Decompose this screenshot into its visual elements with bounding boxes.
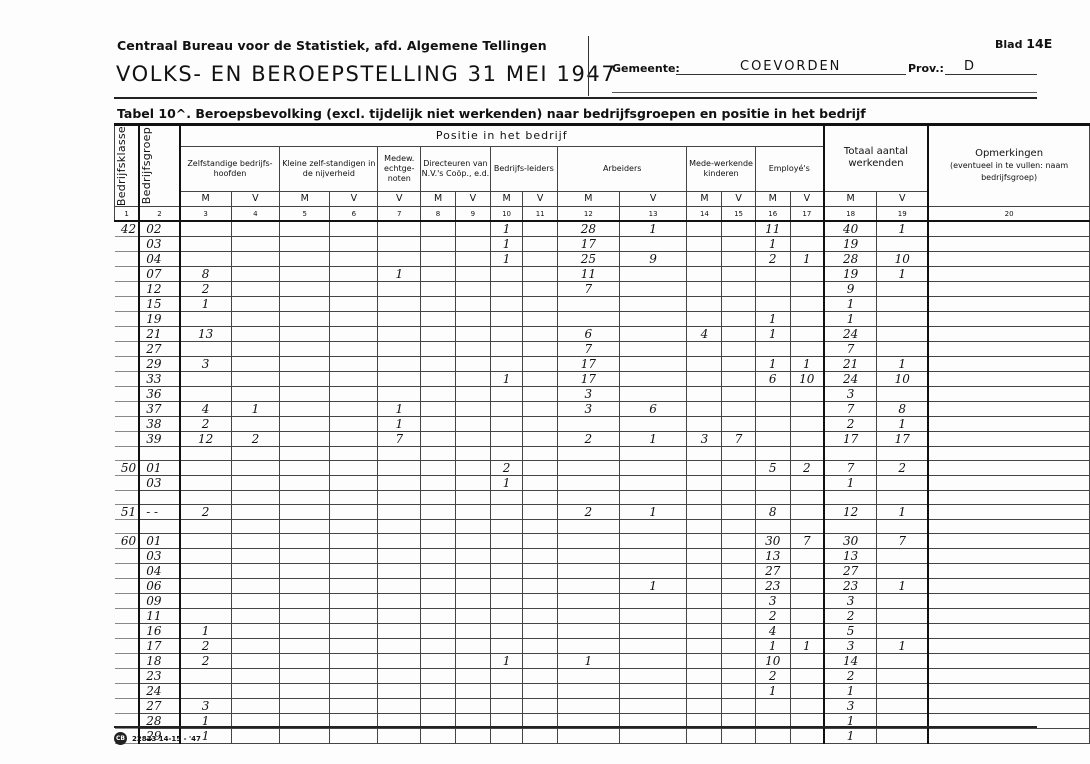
value-cell: 2	[180, 654, 231, 669]
value-cell	[455, 387, 490, 402]
opmerkingen-cell	[928, 564, 1089, 579]
value-cell	[619, 534, 687, 549]
table-row: 2733	[115, 699, 1090, 714]
opmerkingen-cell	[928, 699, 1089, 714]
value-cell	[490, 609, 523, 624]
value-cell: 4	[687, 327, 722, 342]
value-cell	[231, 564, 280, 579]
value-cell	[378, 669, 421, 684]
value-cell	[330, 699, 378, 714]
opmerkingen-cell	[928, 372, 1089, 387]
value-cell	[455, 432, 490, 447]
value-cell	[280, 267, 330, 282]
value-cell	[619, 282, 687, 297]
medewerkende-header: Mede-werkende kinderen	[687, 146, 755, 191]
value-cell	[378, 534, 421, 549]
value-cell	[790, 609, 823, 624]
value-cell	[523, 520, 557, 534]
value-cell	[280, 505, 330, 520]
value-cell	[330, 417, 378, 432]
value-cell	[330, 402, 378, 417]
value-cell: 10	[755, 654, 790, 669]
value-cell	[330, 729, 378, 744]
value-cell: 2	[755, 252, 790, 267]
opmerkingen-cell	[928, 476, 1089, 491]
value-cell	[455, 505, 490, 520]
value-cell	[455, 312, 490, 327]
value-cell	[330, 357, 378, 372]
table-row: 1511	[115, 297, 1090, 312]
bedrijfsklasse-cell	[115, 609, 140, 624]
header-row-1: Bedrijfsklasse Bedrijfsgroep Positie in …	[115, 125, 1090, 147]
value-cell: 1	[755, 639, 790, 654]
value-cell	[231, 684, 280, 699]
value-cell	[687, 221, 722, 237]
value-cell	[755, 282, 790, 297]
bedrijfsklasse-cell	[115, 684, 140, 699]
bedrijfsgroep-cell: 03	[139, 237, 179, 252]
value-cell	[330, 237, 378, 252]
value-cell: 1	[824, 312, 877, 327]
value-cell	[790, 417, 823, 432]
value-cell	[755, 342, 790, 357]
bedrijfsgroep-cell: 02	[139, 221, 179, 237]
value-cell	[455, 520, 490, 534]
value-cell	[231, 327, 280, 342]
value-cell	[421, 684, 456, 699]
value-cell: 1	[231, 402, 280, 417]
value-cell	[877, 609, 928, 624]
value-cell	[722, 402, 755, 417]
value-cell	[687, 237, 722, 252]
value-cell	[722, 417, 755, 432]
bedrijfsklasse-cell	[115, 624, 140, 639]
value-cell: 3	[824, 594, 877, 609]
bedrijfsklasse-cell	[115, 639, 140, 654]
value-cell	[455, 372, 490, 387]
col-num: 12	[557, 207, 619, 222]
value-cell: 19	[824, 267, 877, 282]
value-cell	[790, 342, 823, 357]
opmerkingen-cell	[928, 342, 1089, 357]
value-cell	[280, 564, 330, 579]
bedrijfsgroep-cell: 27	[139, 699, 179, 714]
value-cell: 21	[824, 357, 877, 372]
bedrijfsgroep-cell: 01	[139, 461, 179, 476]
value-cell	[619, 609, 687, 624]
value-cell: 7	[790, 534, 823, 549]
value-cell: 6	[557, 327, 619, 342]
value-cell	[421, 491, 456, 505]
value-cell	[687, 624, 722, 639]
value-cell	[877, 684, 928, 699]
col-num: 18	[824, 207, 877, 222]
value-cell	[877, 297, 928, 312]
value-cell	[490, 267, 523, 282]
value-cell	[523, 594, 557, 609]
value-cell	[280, 237, 330, 252]
value-cell	[455, 594, 490, 609]
bedrijfsklasse-cell	[115, 564, 140, 579]
value-cell	[455, 252, 490, 267]
value-cell	[180, 342, 231, 357]
value-cell	[455, 297, 490, 312]
value-cell	[687, 699, 722, 714]
value-cell	[330, 491, 378, 505]
value-cell: 30	[755, 534, 790, 549]
value-cell	[231, 669, 280, 684]
value-cell	[455, 654, 490, 669]
value-cell	[722, 327, 755, 342]
value-cell	[330, 447, 378, 461]
value-cell	[523, 447, 557, 461]
bedrijfsgroep-cell: 38	[139, 417, 179, 432]
value-cell: 3	[180, 357, 231, 372]
value-cell	[722, 684, 755, 699]
value-cell	[378, 297, 421, 312]
opmerkingen-cell	[928, 387, 1089, 402]
value-cell	[722, 505, 755, 520]
value-cell: 2	[180, 639, 231, 654]
value-cell	[455, 624, 490, 639]
value-cell	[523, 282, 557, 297]
bedrijfsgroep-cell: 24	[139, 684, 179, 699]
opmerkingen-cell	[928, 312, 1089, 327]
value-cell	[280, 594, 330, 609]
col-num: 10	[490, 207, 523, 222]
value-cell: 1	[755, 312, 790, 327]
value-cell	[490, 312, 523, 327]
value-cell	[687, 579, 722, 594]
value-cell: 1	[619, 432, 687, 447]
value-cell	[755, 447, 790, 461]
value-cell: 10	[877, 372, 928, 387]
value-cell: 13	[180, 327, 231, 342]
value-cell	[280, 624, 330, 639]
value-cell	[722, 342, 755, 357]
value-cell: 23	[824, 579, 877, 594]
value-cell	[877, 549, 928, 564]
value-cell	[455, 491, 490, 505]
bedrijfsgroep-cell	[139, 447, 179, 461]
bedrijfsgroep-cell: 03	[139, 549, 179, 564]
value-cell	[523, 639, 557, 654]
value-cell	[280, 549, 330, 564]
value-cell: 3	[687, 432, 722, 447]
m-label: M	[490, 191, 523, 206]
bedrijfsklasse-cell	[115, 372, 140, 387]
value-cell: 3	[755, 594, 790, 609]
table-row: 0933	[115, 594, 1090, 609]
value-cell	[378, 594, 421, 609]
value-cell: 5	[755, 461, 790, 476]
value-cell	[280, 417, 330, 432]
value-cell	[790, 402, 823, 417]
value-cell	[790, 447, 823, 461]
bedrijfsleiders-header: Bedrijfs-leiders	[490, 146, 557, 191]
value-cell	[790, 491, 823, 505]
value-cell	[877, 729, 928, 744]
value-cell	[790, 520, 823, 534]
value-cell	[490, 639, 523, 654]
sheet-number: Blad 14E	[995, 36, 1052, 51]
value-cell	[722, 221, 755, 237]
bedrijfsklasse-cell	[115, 297, 140, 312]
value-cell: 2	[180, 282, 231, 297]
value-cell	[687, 609, 722, 624]
value-cell	[231, 312, 280, 327]
opmerkingen-cell	[928, 609, 1089, 624]
bedrijfsklasse-cell	[115, 549, 140, 564]
opmerkingen-cell	[928, 534, 1089, 549]
value-cell	[490, 534, 523, 549]
prov-line	[945, 74, 1037, 75]
value-cell	[687, 372, 722, 387]
value-cell	[557, 520, 619, 534]
value-cell	[619, 327, 687, 342]
value-cell	[557, 579, 619, 594]
value-cell	[378, 729, 421, 744]
value-cell	[490, 729, 523, 744]
value-cell	[330, 432, 378, 447]
value-cell	[619, 387, 687, 402]
value-cell: 7	[557, 342, 619, 357]
m-label: M	[180, 191, 231, 206]
value-cell	[421, 669, 456, 684]
value-cell: 2	[557, 505, 619, 520]
m-label: M	[755, 191, 790, 206]
value-cell: 2	[231, 432, 280, 447]
bedrijfsklasse-cell	[115, 476, 140, 491]
value-cell	[877, 699, 928, 714]
value-cell	[523, 387, 557, 402]
value-cell	[330, 639, 378, 654]
value-cell	[790, 327, 823, 342]
bedrijfsklasse-cell	[115, 282, 140, 297]
value-cell	[877, 624, 928, 639]
value-cell: 3	[824, 387, 877, 402]
value-cell	[231, 654, 280, 669]
value-cell: 3	[180, 699, 231, 714]
value-cell: 8	[877, 402, 928, 417]
bedrijfsklasse-cell	[115, 491, 140, 505]
value-cell	[330, 267, 378, 282]
value-cell	[231, 729, 280, 744]
value-cell	[523, 609, 557, 624]
value-cell	[378, 639, 421, 654]
bedrijfsklasse-cell	[115, 447, 140, 461]
value-cell	[722, 491, 755, 505]
value-cell	[790, 654, 823, 669]
value-cell	[280, 221, 330, 237]
bedrijfsklasse-cell: 51	[115, 505, 140, 520]
value-cell	[619, 312, 687, 327]
value-cell	[421, 534, 456, 549]
value-cell: 1	[824, 729, 877, 744]
value-cell	[523, 372, 557, 387]
value-cell	[790, 297, 823, 312]
value-cell	[330, 342, 378, 357]
value-cell	[619, 237, 687, 252]
value-cell	[557, 684, 619, 699]
value-cell: 1	[790, 252, 823, 267]
value-cell	[687, 387, 722, 402]
value-cell	[231, 699, 280, 714]
value-cell	[523, 549, 557, 564]
value-cell	[619, 549, 687, 564]
value-cell	[877, 476, 928, 491]
value-cell	[180, 312, 231, 327]
opmerkingen-cell	[928, 654, 1089, 669]
value-cell	[378, 312, 421, 327]
value-cell	[877, 520, 928, 534]
value-cell: 7	[824, 461, 877, 476]
value-cell	[330, 549, 378, 564]
value-cell	[877, 312, 928, 327]
value-cell	[330, 282, 378, 297]
value-cell	[523, 342, 557, 357]
value-cell	[790, 669, 823, 684]
value-cell	[523, 684, 557, 699]
value-cell	[755, 402, 790, 417]
value-cell	[231, 505, 280, 520]
value-cell	[722, 579, 755, 594]
header-rule	[114, 97, 1037, 99]
table-row: 374113678	[115, 402, 1090, 417]
value-cell	[421, 654, 456, 669]
value-cell: 4	[180, 402, 231, 417]
m-label: M	[280, 191, 330, 206]
value-cell: 2	[790, 461, 823, 476]
opmerkingen-cell	[928, 624, 1089, 639]
value-cell: 3	[824, 639, 877, 654]
value-cell	[455, 267, 490, 282]
value-cell: 2	[824, 669, 877, 684]
value-cell	[231, 491, 280, 505]
value-cell	[790, 221, 823, 237]
value-cell: 7	[557, 282, 619, 297]
value-cell	[619, 594, 687, 609]
value-cell	[824, 491, 877, 505]
value-cell	[280, 402, 330, 417]
value-cell	[280, 252, 330, 267]
value-cell	[455, 402, 490, 417]
value-cell	[722, 609, 755, 624]
value-cell: 2	[755, 669, 790, 684]
bedrijfsklasse-cell: 60	[115, 534, 140, 549]
value-cell	[180, 594, 231, 609]
value-cell	[455, 549, 490, 564]
value-cell	[378, 579, 421, 594]
value-cell	[280, 579, 330, 594]
value-cell: 1	[755, 237, 790, 252]
value-cell	[523, 252, 557, 267]
value-cell	[421, 564, 456, 579]
value-cell	[180, 237, 231, 252]
value-cell	[231, 639, 280, 654]
value-cell	[619, 267, 687, 282]
value-cell	[790, 312, 823, 327]
value-cell	[280, 729, 330, 744]
bedrijfsklasse-cell	[115, 654, 140, 669]
value-cell: 1	[877, 267, 928, 282]
value-cell: 1	[490, 221, 523, 237]
value-cell	[180, 387, 231, 402]
bedrijfsklasse-cell	[115, 237, 140, 252]
kleine-header: Kleine zelf-standigen in de nijverheid	[280, 146, 378, 191]
value-cell	[280, 357, 330, 372]
value-cell	[722, 594, 755, 609]
value-cell	[557, 549, 619, 564]
col-num: 16	[755, 207, 790, 222]
bedrijfsklasse-cell: 42	[115, 221, 140, 237]
value-cell	[280, 654, 330, 669]
opmerkingen-cell	[928, 221, 1089, 237]
v-label: V	[619, 191, 687, 206]
value-cell	[378, 221, 421, 237]
value-cell: 17	[557, 372, 619, 387]
value-cell	[455, 699, 490, 714]
value-cell	[421, 505, 456, 520]
value-cell: 17	[557, 237, 619, 252]
value-cell	[455, 447, 490, 461]
value-cell	[378, 505, 421, 520]
value-cell	[619, 654, 687, 669]
value-cell	[790, 729, 823, 744]
value-cell	[421, 579, 456, 594]
bedrijfsklasse-cell	[115, 387, 140, 402]
value-cell	[490, 447, 523, 461]
gemeente-label: Gemeente:	[612, 62, 680, 75]
col-num: 20	[928, 207, 1089, 222]
table-row: 382121	[115, 417, 1090, 432]
value-cell	[378, 372, 421, 387]
census-table: Bedrijfsklasse Bedrijfsgroep Positie in …	[114, 123, 1090, 744]
col-num: 15	[722, 207, 755, 222]
bedrijfsgroep-cell: - -	[139, 505, 179, 520]
value-cell	[722, 564, 755, 579]
bedrijfsklasse-cell	[115, 417, 140, 432]
col-num: 19	[877, 207, 928, 222]
value-cell	[490, 432, 523, 447]
value-cell	[490, 357, 523, 372]
value-cell	[523, 297, 557, 312]
value-cell	[231, 609, 280, 624]
value-cell	[330, 520, 378, 534]
bedrijfsgroep-cell: 39	[139, 432, 179, 447]
value-cell	[523, 417, 557, 432]
value-cell	[877, 654, 928, 669]
bedrijfsklasse-header: Bedrijfsklasse	[115, 125, 140, 207]
table-row: 2322	[115, 669, 1090, 684]
opmerkingen-cell	[928, 520, 1089, 534]
value-cell: 17	[877, 432, 928, 447]
value-cell	[490, 520, 523, 534]
value-cell	[722, 447, 755, 461]
value-cell	[231, 447, 280, 461]
value-cell	[180, 447, 231, 461]
value-cell	[180, 372, 231, 387]
value-cell	[330, 372, 378, 387]
value-cell	[877, 491, 928, 505]
value-cell	[421, 237, 456, 252]
value-cell	[523, 729, 557, 744]
value-cell: 1	[877, 221, 928, 237]
m-label: M	[557, 191, 619, 206]
value-cell	[421, 461, 456, 476]
value-cell	[378, 387, 421, 402]
value-cell	[180, 520, 231, 534]
